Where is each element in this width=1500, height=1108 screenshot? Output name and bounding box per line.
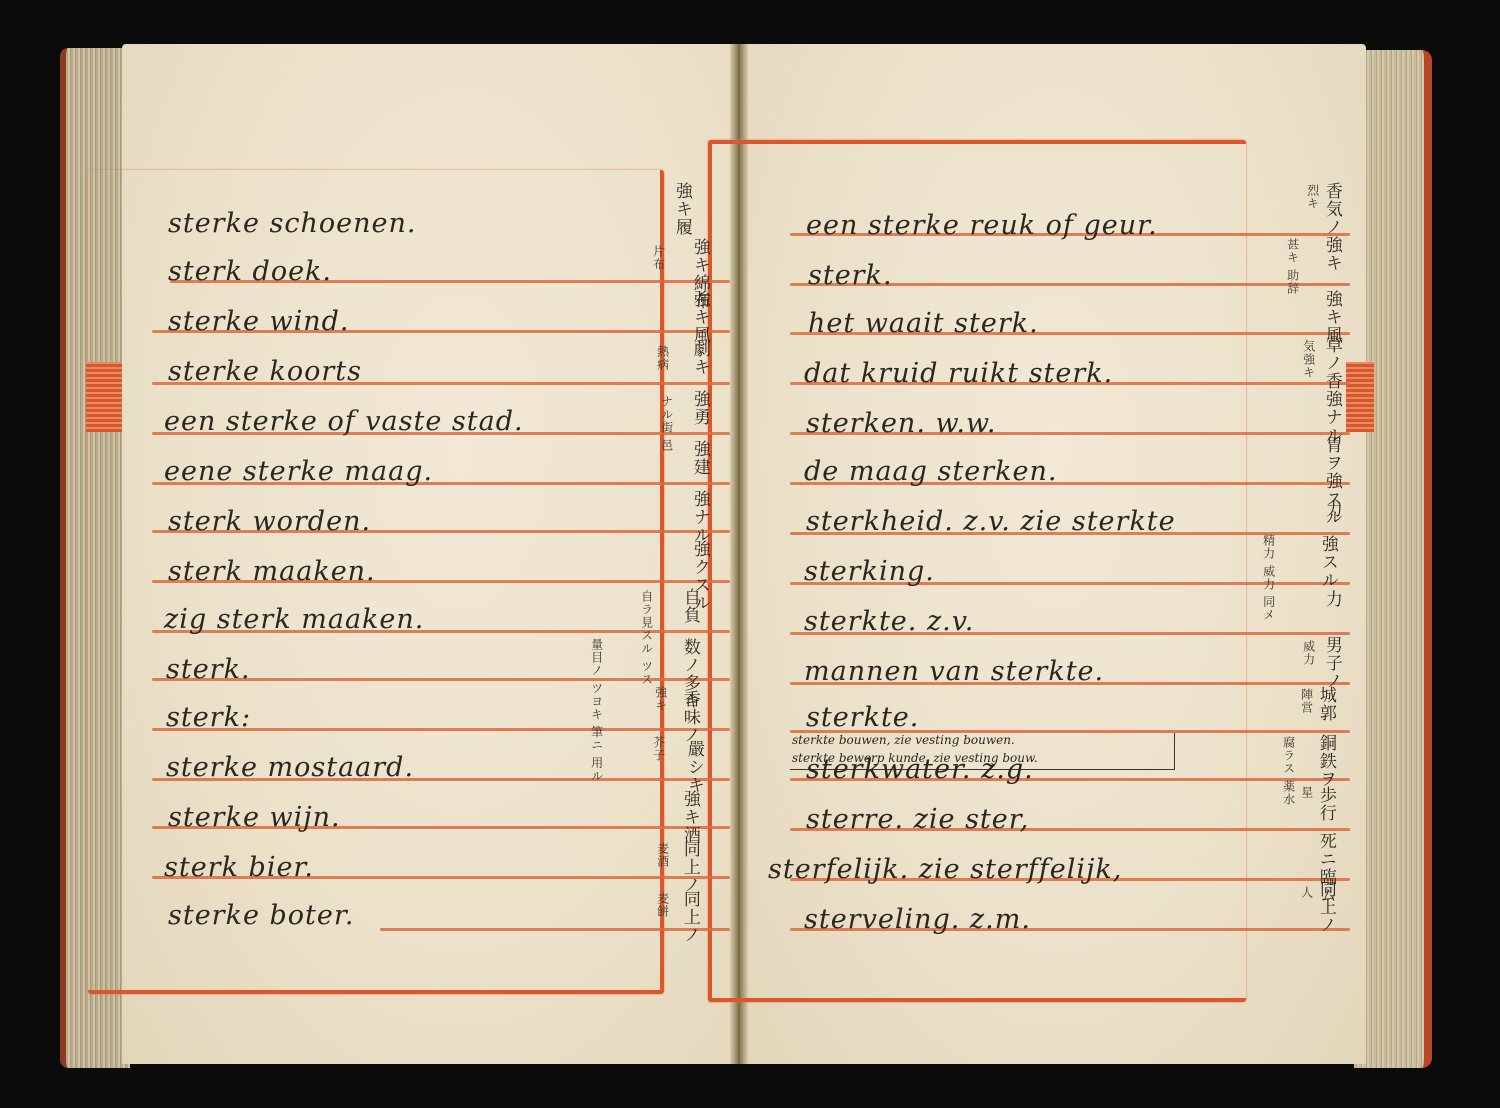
dutch-entry: sterke koorts [168, 356, 362, 387]
japanese-side-note: 芥子 [652, 736, 665, 762]
japanese-gloss: 力 [1322, 590, 1340, 608]
japanese-gloss: 男子ノ [1322, 636, 1340, 690]
japanese-side-note: 麦酒 [656, 842, 669, 868]
dutch-entry: sterre. zie ster, [806, 804, 1029, 835]
japanese-side-note: 人 [1300, 886, 1313, 899]
dutch-entry: sterke wijn. [168, 802, 341, 833]
japanese-side-note: 星 [1300, 786, 1313, 799]
japanese-gloss: 銅鉄ヲ [1316, 734, 1334, 788]
japanese-gloss: 強建 [690, 440, 708, 476]
dutch-entry: de maag sterken. [804, 456, 1057, 487]
japanese-gloss: 嚴シキ [684, 740, 702, 794]
left-thumb-tab [86, 362, 122, 432]
japanese-side-note: 威力 [1302, 640, 1315, 666]
japanese-gloss: 同上ノ [680, 840, 698, 894]
japanese-side-note: 量目ノ ツヨキ 筆ニ 用ル [590, 638, 603, 782]
japanese-gloss: 香気ノ強キ [1322, 182, 1340, 272]
japanese-side-note: 強キ [654, 686, 667, 712]
japanese-side-note: 麦餅 [656, 892, 669, 918]
japanese-side-note: 烈キ [1306, 184, 1319, 210]
right-thumb-tab [1346, 362, 1374, 432]
japanese-gloss: 強スル [1318, 535, 1336, 589]
annotation-line: sterkte bouwen, zie vesting bouwen. [792, 733, 1015, 747]
japanese-gloss: 力 [1322, 500, 1340, 518]
dutch-entry: sterk worden. [168, 506, 371, 537]
dutch-entry: dat kruid ruikt sterk. [804, 358, 1113, 389]
japanese-gloss: 強キ風 [690, 290, 708, 344]
japanese-gloss: 同上ノ [1316, 880, 1334, 934]
japanese-side-note: 陣営 [1300, 688, 1313, 714]
dutch-entry: sterke wind. [168, 306, 350, 337]
japanese-gloss: 同上ノ [680, 890, 698, 944]
dutch-entry: sterveling. z.m. [804, 904, 1031, 935]
dutch-entry: sterke mostaard. [166, 752, 414, 783]
japanese-side-note: 片布 [652, 245, 665, 271]
japanese-side-note: 熱病 [656, 345, 669, 371]
japanese-side-note: ナル街 邑 [660, 395, 673, 452]
dutch-entry: sterke schoenen. [168, 208, 416, 239]
dutch-entry: een sterke of vaste stad. [164, 406, 524, 437]
dutch-entry: sterk: [166, 702, 251, 733]
dutch-entry: sterkheid. z.v. zie sterkte [806, 506, 1176, 537]
dutch-entry: sterken. w.w. [806, 408, 996, 439]
japanese-gloss: 強キ酒 [680, 790, 698, 844]
dutch-entry: zig sterk maaken. [164, 604, 424, 635]
dutch-entry: sterkte. [806, 702, 919, 733]
japanese-gloss: 香味ノ [680, 690, 698, 744]
dutch-entry: mannen van sterkte. [804, 656, 1104, 687]
dutch-entry: eene sterke maag. [164, 456, 433, 487]
japanese-gloss: 劇キ [690, 340, 708, 376]
japanese-side-note: 腐ラス 薬水 [1282, 736, 1295, 806]
dutch-entry: sterkte. z.v. [804, 606, 974, 637]
dutch-entry: sterk bier. [164, 852, 314, 883]
japanese-side-note: 気強キ [1302, 340, 1315, 379]
japanese-gloss: 城郭 [1316, 686, 1334, 722]
dutch-entry: sterfelijk. zie sterffelijk, [768, 854, 1122, 885]
dutch-entry: sterk maaken. [168, 556, 376, 587]
dutch-entry: sterkwater. z.g. [806, 754, 1034, 785]
japanese-side-note: 精力 威力 同メ [1262, 534, 1275, 622]
japanese-gloss: 強キ履 [672, 182, 690, 236]
dutch-entry: sterk doek. [168, 256, 332, 287]
japanese-gloss: 強勇 [690, 390, 708, 426]
japanese-gloss: 歩行 [1316, 786, 1334, 822]
dutch-entry: sterk. [166, 654, 251, 685]
japanese-side-note: 甚キ 助辞 [1286, 238, 1299, 295]
dutch-entry: sterke boter. [168, 900, 354, 931]
dutch-entry: sterk. [808, 260, 893, 291]
japanese-gloss: 強ナル [690, 490, 708, 544]
dutch-entry: een sterke reuk of geur. [806, 210, 1158, 241]
rule-line [380, 928, 730, 931]
japanese-gloss: 自負 [680, 588, 698, 624]
japanese-side-note: 自ラ見スル ツス [640, 590, 653, 686]
dutch-entry: sterking. [804, 556, 935, 587]
dutch-entry: het waait sterk. [808, 308, 1039, 339]
japanese-gloss: 草ノ香強ナル [1322, 336, 1340, 444]
